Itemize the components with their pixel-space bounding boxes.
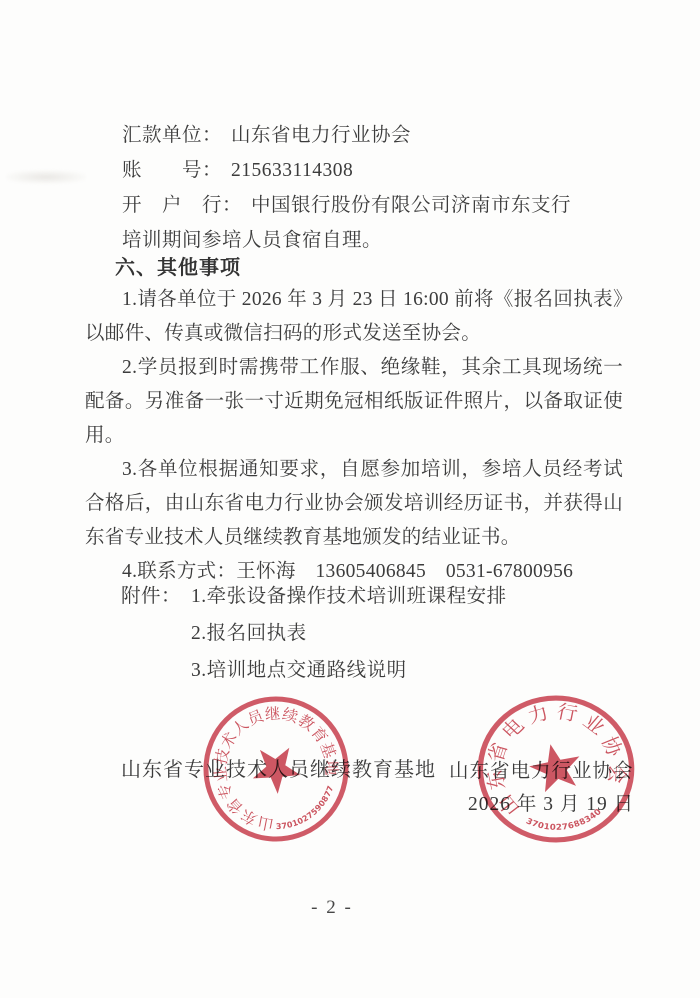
account-value: 215633114308 <box>231 160 353 181</box>
scan-artifact-smudge <box>6 170 86 184</box>
payment-info-block: 汇款单位：山东省电力行业协会 账 号：215633114308 开 户 行：中国… <box>122 118 642 258</box>
paragraph-3: 3.各单位根据通知要求，自愿参加培训，参培人员经考试合格后，由山东省电力行业协会… <box>85 453 623 555</box>
section-body: 1.请各单位于 2026 年 3 月 23 日 16:00 前将《报名回执表》以… <box>85 283 623 589</box>
official-seal-power-association: 山东省电力行业协会 3701027688340 <box>475 693 637 845</box>
attachments-label: 附件： <box>121 578 181 615</box>
paragraph-2: 2.学员报到时需携带工作服、绝缘鞋，其余工具现场统一配备。另准备一张一寸近期免冠… <box>85 351 623 453</box>
attachment-item: 2.报名回执表 <box>191 615 507 652</box>
official-seal-education-base: 山东省专业技术人员继续教育基地 3701027590877 <box>201 694 351 844</box>
remit-unit-line: 汇款单位：山东省电力行业协会 <box>122 118 642 153</box>
attachment-item: 1.牵张设备操作技术培训班课程安排 <box>191 578 507 615</box>
scanned-document-page: 汇款单位：山东省电力行业协会 账 号：215633114308 开 户 行：中国… <box>0 0 700 998</box>
star-icon <box>242 735 308 800</box>
remit-unit-label: 汇款单位： <box>122 125 222 146</box>
page-number: - 2 - <box>0 897 664 919</box>
bank-value: 中国银行股份有限公司济南市东支行 <box>251 195 571 216</box>
paragraph-1: 1.请各单位于 2026 年 3 月 23 日 16:00 前将《报名回执表》以… <box>85 283 623 351</box>
attachment-item: 3.培训地点交通路线说明 <box>191 652 507 689</box>
attachments-block: 附件： 1.牵张设备操作技术培训班课程安排 2.报名回执表 3.培训地点交通路线… <box>121 578 507 689</box>
bank-line: 开 户 行：中国银行股份有限公司济南市东支行 <box>122 188 642 223</box>
attachments-list: 1.牵张设备操作技术培训班课程安排 2.报名回执表 3.培训地点交通路线说明 <box>191 578 507 689</box>
account-label: 账 号： <box>122 160 222 181</box>
section-heading: 六、其他事项 <box>115 251 241 280</box>
remit-unit-value: 山东省电力行业协会 <box>231 125 411 146</box>
account-number-line: 账 号：215633114308 <box>122 153 642 188</box>
star-icon <box>525 739 585 794</box>
bank-label: 开 户 行： <box>122 195 242 216</box>
